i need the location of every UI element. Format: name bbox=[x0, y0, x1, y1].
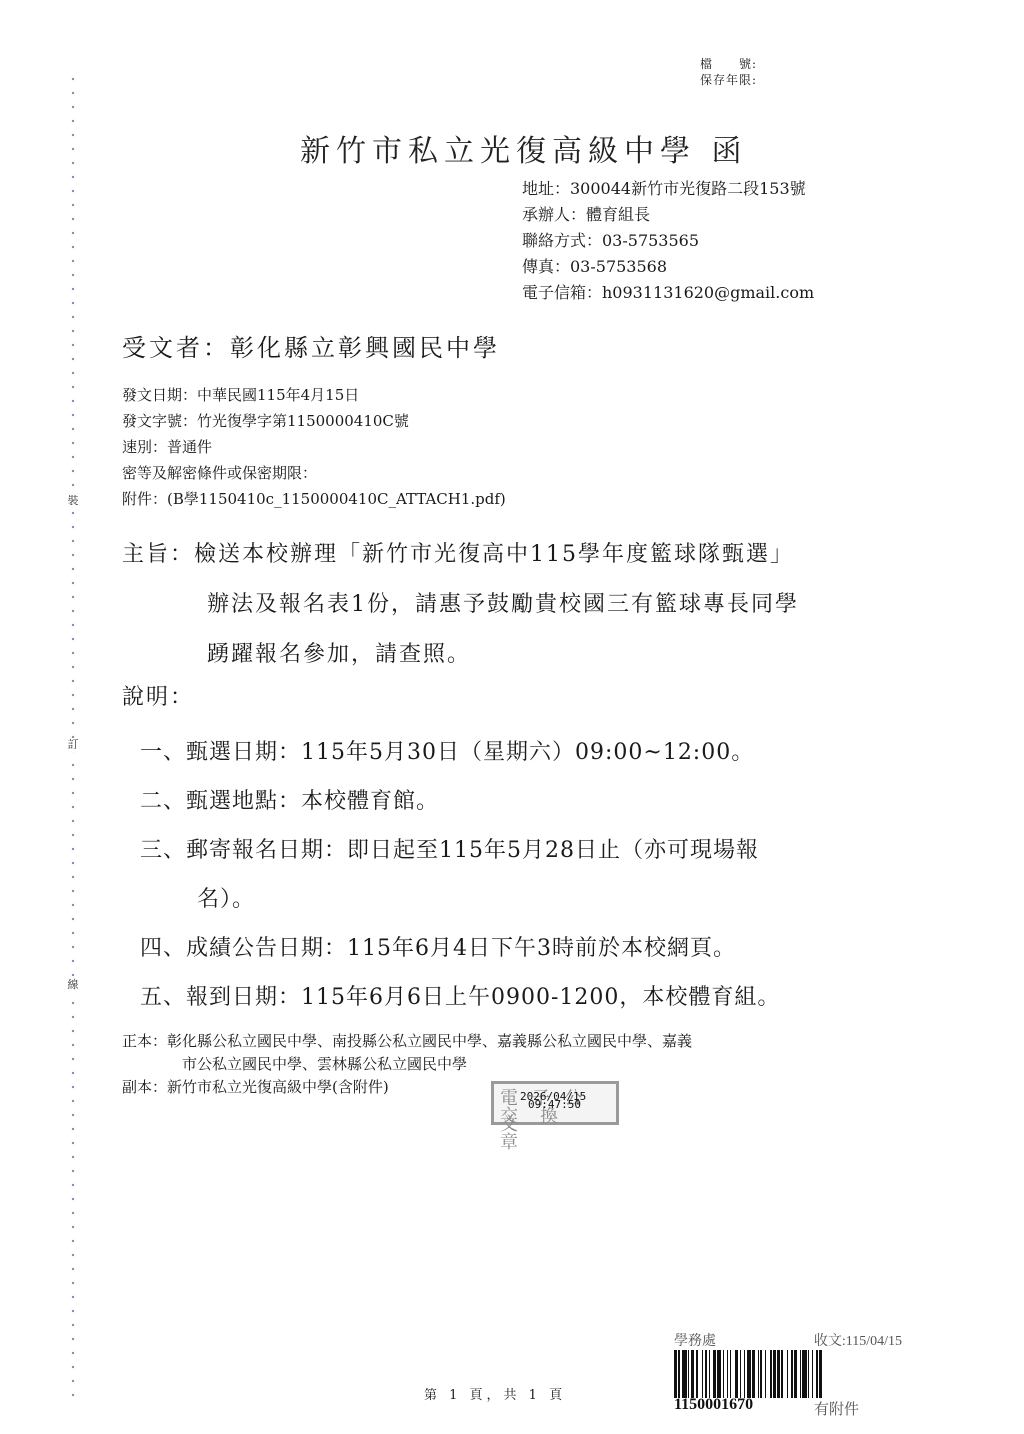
document-title: 新竹市私立光復高級中學 函 bbox=[300, 126, 748, 170]
barcode-received-date: 收文:115/04/15 bbox=[814, 1330, 902, 1350]
barcode-bars bbox=[674, 1350, 902, 1398]
explanation-item-1: 一、甄選日期：115年5月30日（星期六）09:00~12:00。 bbox=[140, 728, 780, 777]
attachment-link[interactable]: 附件：(B學1150410c_1150000410C_ATTACH1.pdf) bbox=[122, 486, 506, 512]
issue-date: 發文日期：中華民國115年4月15日 bbox=[122, 382, 506, 408]
recipient: 受文者：彰化縣立彰興國民中學 bbox=[122, 328, 500, 363]
document-meta: 發文日期：中華民國115年4月15日 發文字號：竹光復學字第1150000410… bbox=[122, 382, 506, 512]
subject-line-2: 辦法及報名表1份，請惠予鼓勵貴校國三有籃球專長同學 bbox=[122, 580, 799, 630]
barcode-office: 學務處 bbox=[674, 1334, 716, 1349]
subject-line-1: 主旨：檢送本校辦理「新竹市光復高中115學年度籃球隊甄選」 bbox=[122, 530, 799, 580]
page-number: 第 1 頁，共 1 頁 bbox=[424, 1384, 566, 1403]
explanation-list: 一、甄選日期：115年5月30日（星期六）09:00~12:00。 二、甄選地點… bbox=[140, 728, 780, 1022]
binding-mark-xian: 線 bbox=[64, 978, 82, 992]
original-recipients-line-2: 市公私立國民中學、雲林縣公私立國民中學 bbox=[122, 1053, 692, 1076]
explanation-item-4: 四、成績公告日期：115年6月4日下午3時前於本校網頁。 bbox=[140, 924, 780, 973]
explanation-item-2: 二、甄選地點：本校體育館。 bbox=[140, 777, 780, 826]
explanation-heading: 說明： bbox=[122, 680, 194, 711]
subject-section: 主旨：檢送本校辦理「新竹市光復高中115學年度籃球隊甄選」 辦法及報名表1份，請… bbox=[122, 530, 799, 680]
explanation-item-5: 五、報到日期：115年6月6日上午0900-1200，本校體育組。 bbox=[140, 973, 780, 1022]
secrecy-level: 密等及解密條件或保密期限： bbox=[122, 460, 506, 486]
archive-info: 檔 號: 保存年限: bbox=[700, 56, 757, 88]
retention-period-label: 保存年限: bbox=[700, 72, 757, 88]
binding-mark-ding: 訂 bbox=[64, 738, 82, 752]
explanation-item-3: 三、郵寄報名日期：即日起至115年5月28日止（亦可現場報 bbox=[140, 826, 780, 875]
sender-email: 電子信箱：h0931131620@gmail.com bbox=[522, 280, 814, 306]
sender-address: 地址：300044新竹市光復路二段153號 bbox=[522, 176, 814, 202]
delivery-speed: 速別：普通件 bbox=[122, 434, 506, 460]
binding-dotted-line bbox=[71, 72, 75, 1402]
sender-handler: 承辦人：體育組長 bbox=[522, 202, 814, 228]
original-recipients-line-1: 正本：彰化縣公私立國民中學、南投縣公私立國民中學、嘉義縣公私立國民中學、嘉義 bbox=[122, 1030, 692, 1053]
document-number: 發文字號：竹光復學字第1150000410C號 bbox=[122, 408, 506, 434]
barcode-number: 1150001670 bbox=[674, 1396, 753, 1414]
subject-line-3: 踴躍報名參加，請查照。 bbox=[122, 630, 799, 680]
explanation-item-3-continued: 名）。 bbox=[140, 875, 780, 924]
archive-number-label: 檔 號: bbox=[700, 56, 757, 72]
binding-mark-zhuang: 裝 bbox=[64, 494, 82, 508]
electronic-exchange-stamp: 電子公文 交換章 2026/04/15 09:47:50 bbox=[491, 1081, 619, 1125]
barcode-attachment-note: 有附件 bbox=[814, 1398, 859, 1419]
sender-contact-block: 地址：300044新竹市光復路二段153號 承辦人：體育組長 聯絡方式：03-5… bbox=[522, 176, 814, 306]
sender-phone: 聯絡方式：03-5753565 bbox=[522, 228, 814, 254]
sender-fax: 傳真：03-5753568 bbox=[522, 254, 814, 280]
receipt-barcode-label: 學務處 收文:115/04/15 1150001670 有附件 bbox=[672, 1330, 904, 1420]
stamp-time: 09:47:50 bbox=[528, 1098, 581, 1111]
